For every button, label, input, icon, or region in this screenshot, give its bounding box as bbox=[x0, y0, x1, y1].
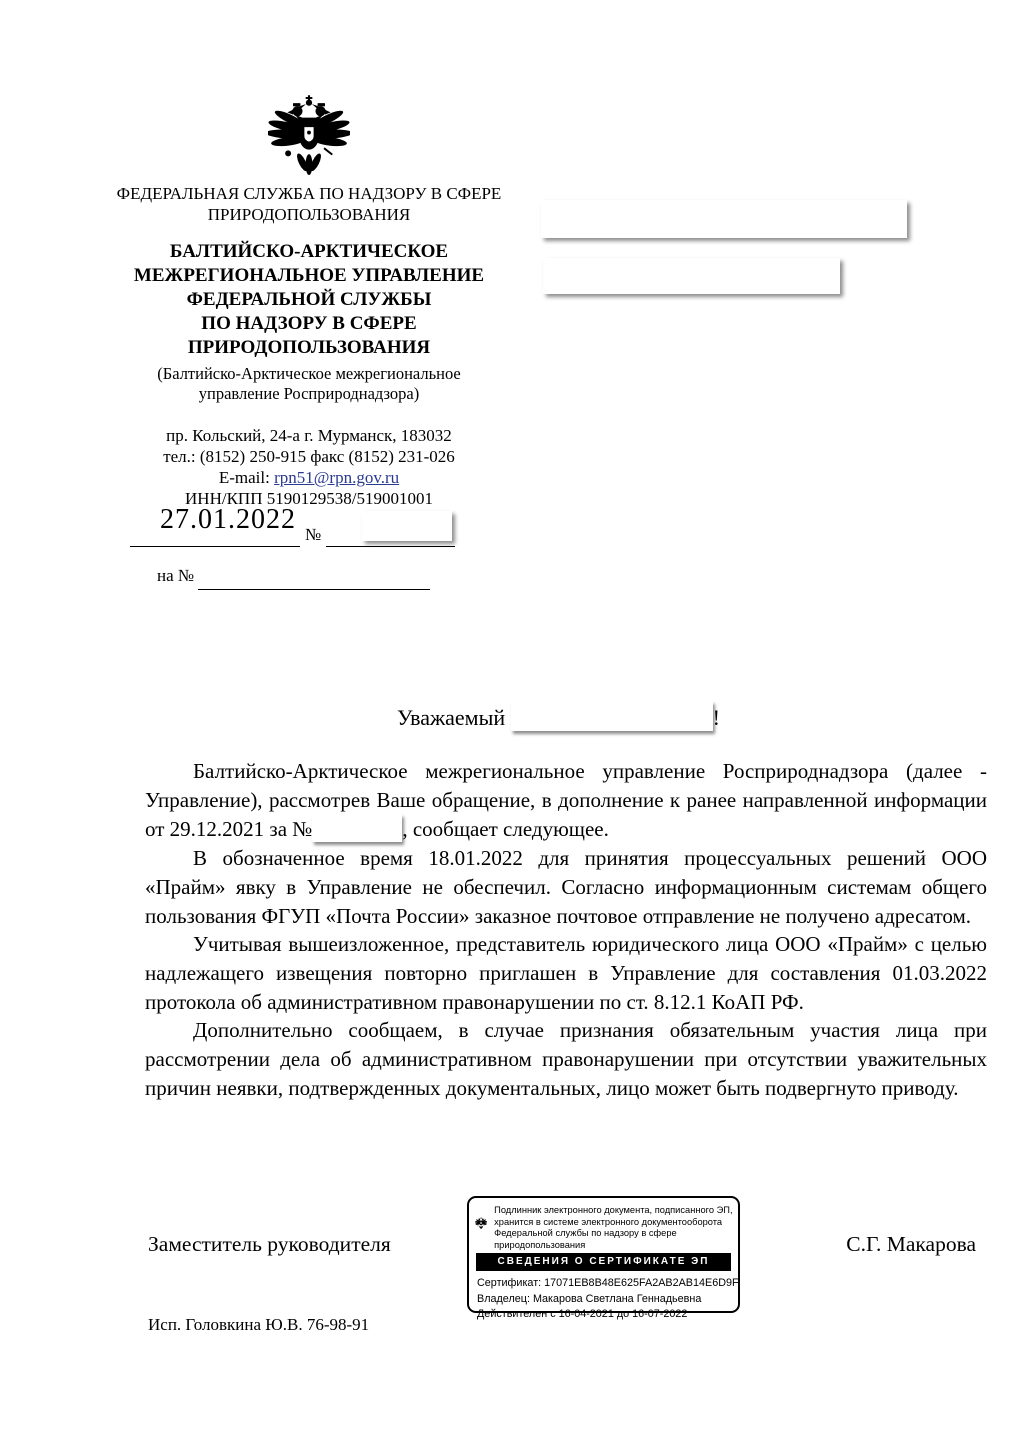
letter-body: Балтийско-Арктическое межрегиональное уп… bbox=[145, 757, 987, 1102]
paragraph-2: В обозначенное время 18.01.2022 для прин… bbox=[145, 844, 987, 930]
letterhead: ФЕДЕРАЛЬНАЯ СЛУЖБА ПО НАДЗОРУ В СФЕРЕ ПР… bbox=[110, 92, 508, 509]
redaction-box bbox=[541, 200, 907, 238]
document-page: ФЕДЕРАЛЬНАЯ СЛУЖБА ПО НАДЗОРУ В СФЕРЕ ПР… bbox=[0, 0, 1026, 1450]
stamp-disclaimer: Подлинник электронного документа, подпис… bbox=[494, 1203, 733, 1251]
stamp-owner: Владелец: Макарова Светлана Геннадьевна bbox=[477, 1292, 738, 1308]
redaction-box bbox=[511, 701, 713, 731]
redaction-box bbox=[543, 258, 840, 294]
department-name: БАЛТИЙСКО-АРКТИЧЕСКОЕ МЕЖРЕГИОНАЛЬНОЕ УП… bbox=[110, 240, 508, 360]
email-link[interactable]: rpn51@rpn.gov.ru bbox=[274, 468, 399, 487]
reply-to-label: на № bbox=[157, 566, 194, 586]
stamp-header: Подлинник электронного документа, подпис… bbox=[469, 1198, 738, 1253]
department-short-line: (Балтийско-Арктическое межрегиональное bbox=[110, 364, 508, 384]
department-line: ПО НАДЗОРУ В СФЕРЕ bbox=[110, 312, 508, 336]
paragraph-4: Дополнительно сообщаем, в случае признан… bbox=[145, 1016, 987, 1102]
contact-block: пр. Кольский, 24-а г. Мурманск, 183032 т… bbox=[110, 425, 508, 509]
esignature-stamp: Подлинник электронного документа, подпис… bbox=[467, 1196, 740, 1313]
paragraph-1-tail: , сообщает следующее. bbox=[402, 817, 609, 841]
reply-underline bbox=[198, 589, 430, 590]
greeting-line: Уважаемый ! bbox=[397, 701, 720, 731]
email-label: E-mail: bbox=[219, 468, 274, 487]
stamp-certificate-bar: СВЕДЕНИЯ О СЕРТИФИКАТЕ ЭП bbox=[476, 1253, 731, 1271]
stamp-validity: Действителен с 16-04-2021 до 16-07-2022 bbox=[477, 1307, 738, 1323]
number-underline bbox=[326, 546, 455, 547]
phone-line: тел.: (8152) 250-915 факс (8152) 231-026 bbox=[110, 446, 508, 467]
department-line: ПРИРОДОПОЛЬЗОВАНИЯ bbox=[110, 336, 508, 360]
stamp-eagle-icon bbox=[475, 1203, 487, 1243]
date-underline bbox=[130, 546, 300, 547]
department-line: МЕЖРЕГИОНАЛЬНОЕ УПРАВЛЕНИЕ bbox=[110, 264, 508, 288]
redaction-box bbox=[312, 814, 402, 842]
department-line: БАЛТИЙСКО-АРКТИЧЕСКОЕ bbox=[110, 240, 508, 264]
email-line: E-mail: rpn51@rpn.gov.ru bbox=[110, 467, 508, 488]
federal-service-line: ПРИРОДОПОЛЬЗОВАНИЯ bbox=[110, 205, 508, 226]
paragraph-3: Учитывая вышеизложенное, представитель ю… bbox=[145, 930, 987, 1016]
executor-line: Исп. Головкина Ю.В. 76-98-91 bbox=[148, 1315, 369, 1335]
greeting-suffix: ! bbox=[713, 705, 720, 730]
paragraph-1: Балтийско-Арктическое межрегиональное уп… bbox=[145, 757, 987, 844]
federal-service-line: ФЕДЕРАЛЬНАЯ СЛУЖБА ПО НАДЗОРУ В СФЕРЕ bbox=[110, 184, 508, 205]
department-short-line: управление Росприроднадзора) bbox=[110, 384, 508, 404]
letter-date: 27.01.2022 bbox=[160, 504, 296, 536]
address-line: пр. Кольский, 24-а г. Мурманск, 183032 bbox=[110, 425, 508, 446]
signer-name: С.Г. Макарова bbox=[846, 1232, 976, 1257]
coat-of-arms-icon bbox=[110, 92, 508, 176]
greeting-prefix: Уважаемый bbox=[397, 705, 505, 730]
department-short-name: (Балтийско-Арктическое межрегиональное у… bbox=[110, 364, 508, 404]
signer-title: Заместитель руководителя bbox=[148, 1232, 391, 1257]
department-line: ФЕДЕРАЛЬНОЙ СЛУЖБЫ bbox=[110, 288, 508, 312]
stamp-details: Сертификат: 17071EB8B48E625FA2AB2AB14E6D… bbox=[469, 1271, 738, 1323]
stamp-certificate-number: Сертификат: 17071EB8B48E625FA2AB2AB14E6D… bbox=[477, 1276, 738, 1292]
redaction-box bbox=[362, 511, 452, 541]
federal-service-name: ФЕДЕРАЛЬНАЯ СЛУЖБА ПО НАДЗОРУ В СФЕРЕ ПР… bbox=[110, 184, 508, 225]
number-sign: № bbox=[305, 525, 321, 545]
